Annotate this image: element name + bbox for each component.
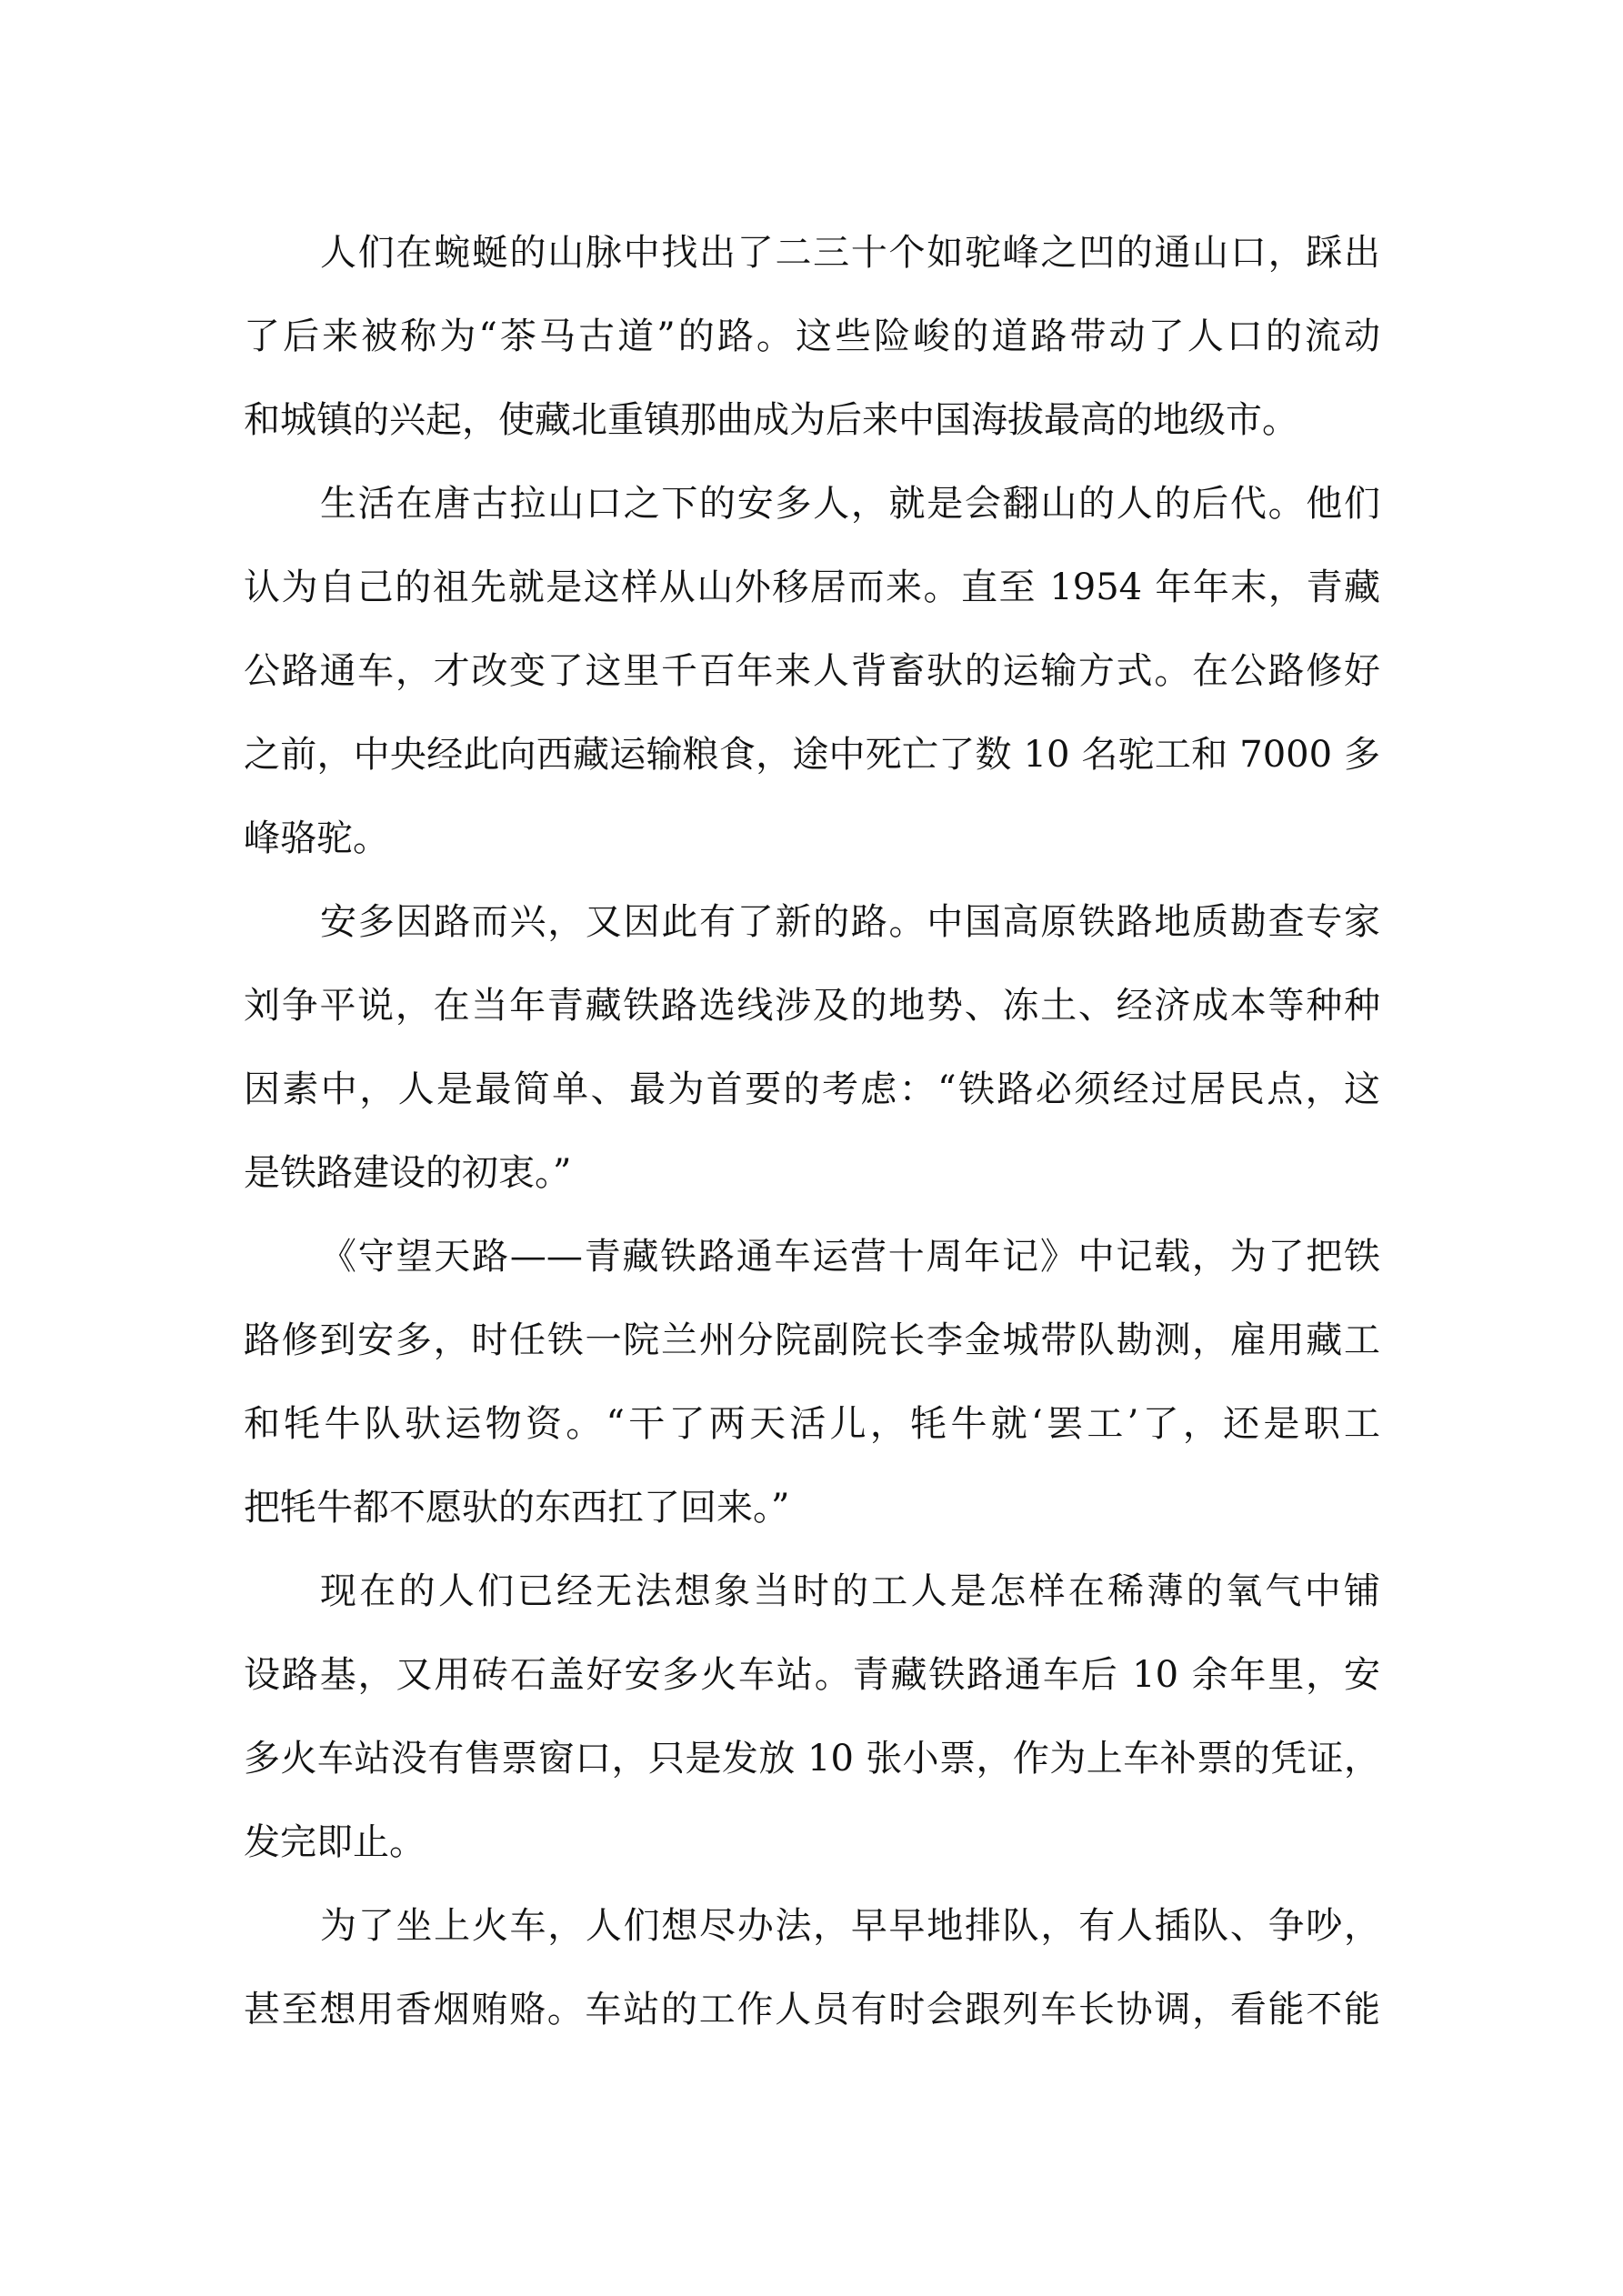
text-line: 安多因路而兴，又因此有了新的路。中国高原铁路地质勘查专家 <box>244 880 1380 964</box>
text-line: 之前，中央经此向西藏运输粮食，途中死亡了数 10 名驼工和 7000 多 <box>244 713 1380 797</box>
text-line: 因素中，人是最简单、最为首要的考虑：“铁路必须经过居民点，这 <box>244 1048 1380 1131</box>
text-line: 《守望天路——青藏铁路通车运营十周年记》中记载，为了把铁 <box>244 1215 1380 1298</box>
text-line: 生活在唐古拉山口之下的安多人，就是会翻山的人的后代。他们 <box>244 462 1380 546</box>
paragraph-2: 生活在唐古拉山口之下的安多人，就是会翻山的人的后代。他们 认为自己的祖先就是这样… <box>244 462 1380 880</box>
text-line: 和牦牛队驮运物资。“干了两天活儿，牦牛就‘罢工’了，还是职工 <box>244 1382 1380 1466</box>
paragraph-1: 人们在蜿蜒的山脉中找出了二三十个如驼峰之凹的通山口，踩出 了后来被称为“茶马古道… <box>244 211 1380 462</box>
text-line: 刘争平说，在当年青藏铁路选线涉及的地势、冻土、经济成本等种种 <box>244 964 1380 1048</box>
text-line: 把牦牛都不愿驮的东西扛了回来。” <box>244 1466 1380 1549</box>
paragraph-5: 现在的人们已经无法想象当时的工人是怎样在稀薄的氧气中铺 设路基，又用砖石盖好安多… <box>244 1549 1380 1884</box>
document-page: 人们在蜿蜒的山脉中找出了二三十个如驼峰之凹的通山口，踩出 了后来被称为“茶马古道… <box>244 211 1380 2051</box>
text-line: 人们在蜿蜒的山脉中找出了二三十个如驼峰之凹的通山口，踩出 <box>244 211 1380 295</box>
text-line: 现在的人们已经无法想象当时的工人是怎样在稀薄的氧气中铺 <box>244 1549 1380 1633</box>
text-line: 认为自己的祖先就是这样从山外移居而来。直至 1954 年年末，青藏 <box>244 546 1380 629</box>
text-line: 和城镇的兴起，使藏北重镇那曲成为后来中国海拔最高的地级市。 <box>244 378 1380 462</box>
text-line: 是铁路建设的初衷。” <box>244 1131 1380 1215</box>
text-line: 了后来被称为“茶马古道”的路。这些险峻的道路带动了人口的流动 <box>244 295 1380 378</box>
text-line: 发完即止。 <box>244 1800 1380 1884</box>
text-line: 甚至想用香烟贿赂。车站的工作人员有时会跟列车长协调，看能不能 <box>244 1968 1380 2051</box>
text-line: 多火车站没有售票窗口，只是发放 10 张小票，作为上车补票的凭证， <box>244 1717 1380 1800</box>
paragraph-3: 安多因路而兴，又因此有了新的路。中国高原铁路地质勘查专家 刘争平说，在当年青藏铁… <box>244 880 1380 1215</box>
text-line: 公路通车，才改变了这里千百年来人背畜驮的运输方式。在公路修好 <box>244 629 1380 713</box>
text-line: 峰骆驼。 <box>244 797 1380 880</box>
text-line: 为了坐上火车，人们想尽办法，早早地排队，有人插队、争吵， <box>244 1884 1380 1968</box>
paragraph-6: 为了坐上火车，人们想尽办法，早早地排队，有人插队、争吵， 甚至想用香烟贿赂。车站… <box>244 1884 1380 2051</box>
paragraph-4: 《守望天路——青藏铁路通车运营十周年记》中记载，为了把铁 路修到安多，时任铁一院… <box>244 1215 1380 1549</box>
text-line: 路修到安多，时任铁一院兰州分院副院长李金城带队勘测，雇用藏工 <box>244 1298 1380 1382</box>
text-line: 设路基，又用砖石盖好安多火车站。青藏铁路通车后 10 余年里，安 <box>244 1633 1380 1717</box>
